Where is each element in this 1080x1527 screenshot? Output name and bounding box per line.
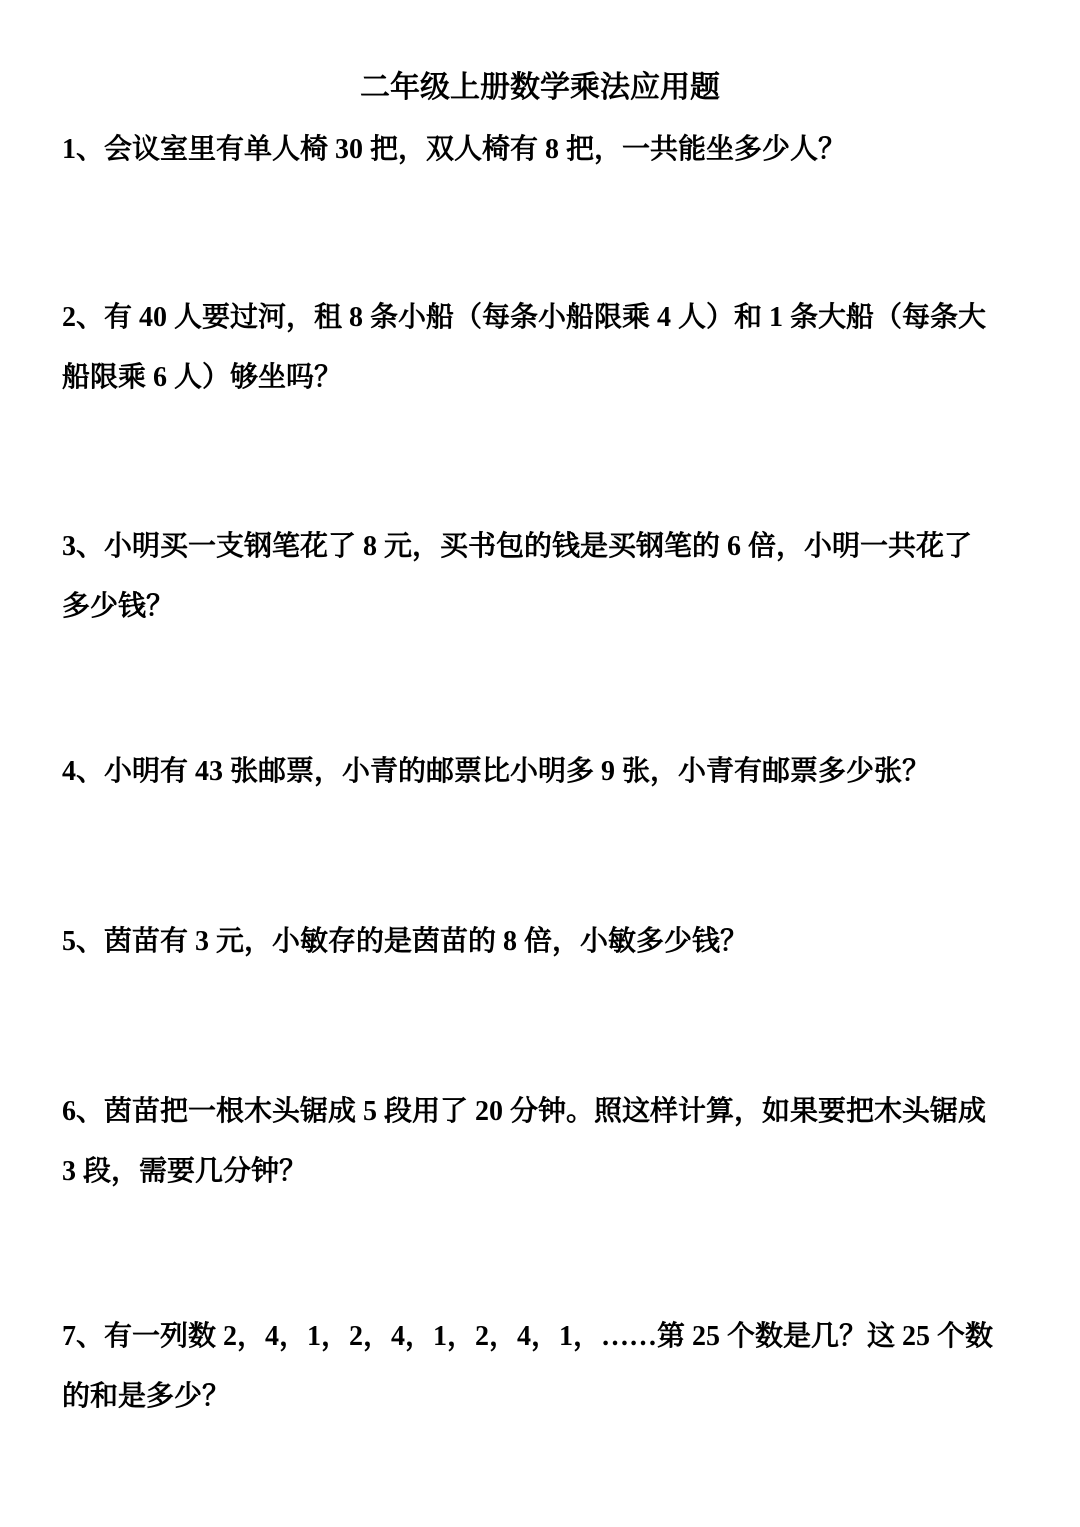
problem-2-line-2: 船限乘 6 人）够坐吗？ (62, 348, 1062, 408)
problem-2-line-1: 2、有 40 人要过河，租 8 条小船（每条小船限乘 4 人）和 1 条大船（每… (62, 288, 1062, 348)
problem-6: 6、茵苗把一根木头锯成 5 段用了 20 分钟。照这样计算，如果要把木头锯成 3… (62, 1082, 1062, 1202)
problem-4: 4、小明有 43 张邮票，小青的邮票比小明多 9 张，小青有邮票多少张？ (62, 742, 1062, 802)
problem-6-line-2: 3 段，需要几分钟？ (62, 1142, 1062, 1202)
worksheet-page: 二年级上册数学乘法应用题 1、会议室里有单人椅 30 把，双人椅有 8 把，一共… (0, 0, 1080, 1527)
problem-7-line-1: 7、有一列数 2，4，1，2，4，1，2，4，1，……第 25 个数是几？这 2… (62, 1307, 1062, 1367)
problem-5-line-1: 5、茵苗有 3 元，小敏存的是茵苗的 8 倍，小敏多少钱？ (62, 912, 1062, 972)
page-title: 二年级上册数学乘法应用题 (0, 58, 1080, 118)
problem-3-line-2: 多少钱？ (62, 577, 1062, 637)
problem-2: 2、有 40 人要过河，租 8 条小船（每条小船限乘 4 人）和 1 条大船（每… (62, 288, 1062, 408)
problem-5: 5、茵苗有 3 元，小敏存的是茵苗的 8 倍，小敏多少钱？ (62, 912, 1062, 972)
problem-4-line-1: 4、小明有 43 张邮票，小青的邮票比小明多 9 张，小青有邮票多少张？ (62, 742, 1062, 802)
problem-3: 3、小明买一支钢笔花了 8 元，买书包的钱是买钢笔的 6 倍，小明一共花了 多少… (62, 517, 1062, 637)
problem-6-line-1: 6、茵苗把一根木头锯成 5 段用了 20 分钟。照这样计算，如果要把木头锯成 (62, 1082, 1062, 1142)
problem-3-line-1: 3、小明买一支钢笔花了 8 元，买书包的钱是买钢笔的 6 倍，小明一共花了 (62, 517, 1062, 577)
problem-1-line-1: 1、会议室里有单人椅 30 把，双人椅有 8 把，一共能坐多少人？ (62, 120, 1062, 180)
problem-7: 7、有一列数 2，4，1，2，4，1，2，4，1，……第 25 个数是几？这 2… (62, 1307, 1062, 1427)
problem-1: 1、会议室里有单人椅 30 把，双人椅有 8 把，一共能坐多少人？ (62, 120, 1062, 180)
problem-7-line-2: 的和是多少？ (62, 1367, 1062, 1427)
